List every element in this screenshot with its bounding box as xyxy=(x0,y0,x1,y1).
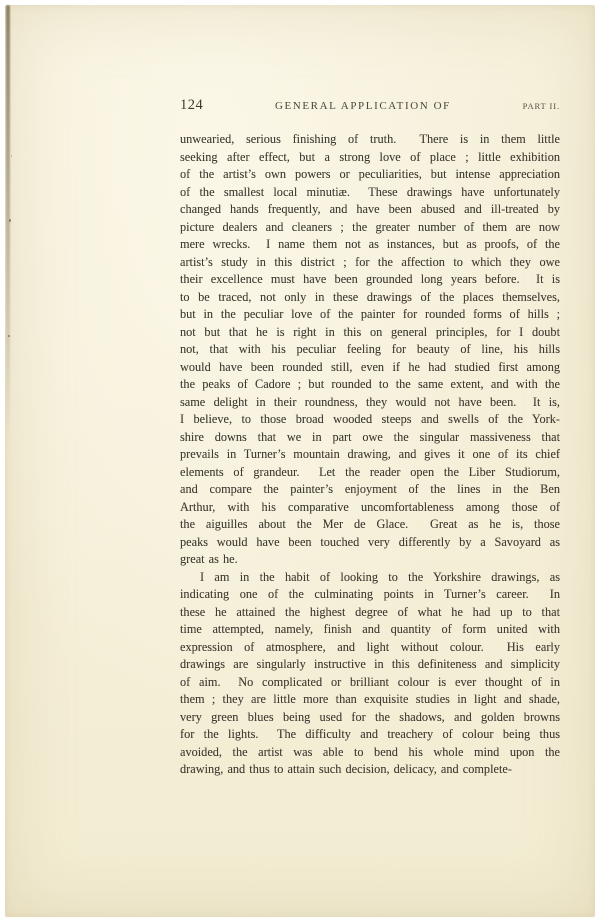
text-line: prevails in Turner’s mountain drawing, a… xyxy=(180,446,560,464)
text-line: mere wrecks. I name them not as instance… xyxy=(180,236,560,254)
text-line: not but that he is right in this on gene… xyxy=(180,324,560,342)
paper-speck xyxy=(9,219,11,222)
paper-speck xyxy=(8,335,10,337)
page-header: 124 GENERAL APPLICATION OF PART II. xyxy=(180,97,560,117)
text-line: expression of atmosphere, and light with… xyxy=(180,639,560,657)
text-line: and compare the painter’s enjoyment of t… xyxy=(180,481,560,499)
text-line: the peaks of Cadore ; but rounded to the… xyxy=(180,376,560,394)
text-line: great as he. xyxy=(180,551,560,569)
text-line: for the lights. The difficulty and treac… xyxy=(180,726,560,744)
text-line: same delight in their roundness, they wo… xyxy=(180,394,560,412)
text-area: 124 GENERAL APPLICATION OF PART II. unwe… xyxy=(180,97,560,779)
text-line: avoided, the artist was able to bend his… xyxy=(180,744,560,762)
text-line: of the smallest local minutiæ. These dra… xyxy=(180,184,560,202)
text-line: changed hands frequently, and have been … xyxy=(180,201,560,219)
text-line: I believe, to those broad wooded steeps … xyxy=(180,411,560,429)
page-number: 124 xyxy=(180,97,203,113)
text-line: elements of grandeur. Let the reader ope… xyxy=(180,464,560,482)
text-line: of the artist’s own powers or peculiarit… xyxy=(180,166,560,184)
text-line: the aiguilles about the Mer de Glace. Gr… xyxy=(180,516,560,534)
paragraph: I am in the habit of looking to the York… xyxy=(180,569,560,779)
book-page: 124 GENERAL APPLICATION OF PART II. unwe… xyxy=(5,5,595,917)
text-body: unwearied, serious finishing of truth. T… xyxy=(180,131,560,779)
text-line: to be traced, not only in these drawings… xyxy=(180,289,560,307)
page-edge-shadow xyxy=(6,5,10,443)
text-line: very green blues being used for the shad… xyxy=(180,709,560,727)
text-line: peaks would have been touched very diffe… xyxy=(180,534,560,552)
paragraph: unwearied, serious finishing of truth. T… xyxy=(180,131,560,569)
text-line: them ; they are little more than exquisi… xyxy=(180,691,560,709)
text-line: drawing, and thus to attain such decisio… xyxy=(180,761,560,779)
text-line: time attempted, namely, finish and quant… xyxy=(180,621,560,639)
text-line: but in the peculiar love of the painter … xyxy=(180,306,560,324)
text-line: their excellence must have been grounded… xyxy=(180,271,560,289)
text-line: drawings are singularly instructive in t… xyxy=(180,656,560,674)
text-line: of aim. No complicated or brilliant colo… xyxy=(180,674,560,692)
text-line: I am in the habit of looking to the York… xyxy=(180,569,560,587)
running-title: GENERAL APPLICATION OF xyxy=(203,98,522,114)
text-line: these he attained the highest degree of … xyxy=(180,604,560,622)
part-label: PART II. xyxy=(523,98,560,114)
scan-frame: 124 GENERAL APPLICATION OF PART II. unwe… xyxy=(0,0,600,922)
paper-speck xyxy=(11,155,12,157)
text-line: picture dealers and cleaners ; the great… xyxy=(180,219,560,237)
text-line: would have been rounded still, even if h… xyxy=(180,359,560,377)
text-line: Arthur, with his comparative uncomfortab… xyxy=(180,499,560,517)
text-line: seeking after effect, but a strong love … xyxy=(180,149,560,167)
text-line: shire downs that we in part owe the sing… xyxy=(180,429,560,447)
text-line: not, that with his peculiar feeling for … xyxy=(180,341,560,359)
text-line: indicating one of the culminating points… xyxy=(180,586,560,604)
text-line: unwearied, serious finishing of truth. T… xyxy=(180,131,560,149)
text-line: artist’s study in this district ; for th… xyxy=(180,254,560,272)
